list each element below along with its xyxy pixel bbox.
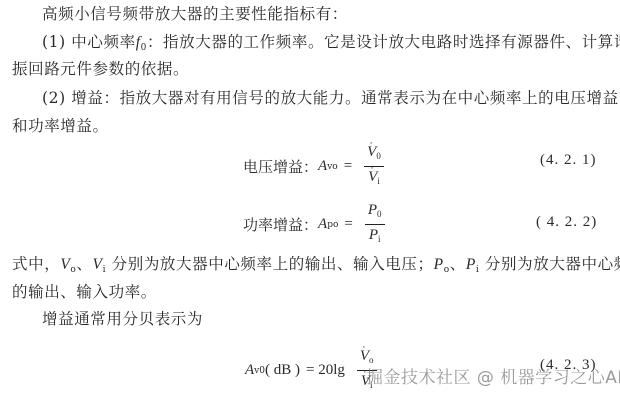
formula-lhs-sub: po (327, 220, 338, 230)
equation-number-1: (4. 2. 1) (540, 152, 597, 169)
formula-lhs-sub: vo (327, 162, 338, 172)
watermark: 掘金技术社区 @ 机器学习之心AI (366, 363, 620, 388)
formula-lhs: A (318, 158, 327, 175)
p-symbol: P (434, 256, 444, 273)
fraction: P0 Pi (365, 200, 385, 249)
item1-prefix: (1) 中心频率 (42, 33, 136, 51)
db-intro-line: 增益通常用分贝表示为 (42, 309, 203, 329)
unit: ( dB ) (265, 362, 300, 379)
numerator-sub: 0 (376, 151, 381, 161)
v-symbol: V (60, 256, 70, 273)
fraction: ˙V0 ˙Vi (364, 142, 384, 191)
denominator-sub: i (378, 234, 381, 244)
item1-continuation: 振回路元件参数的依据。 (12, 59, 189, 79)
where-line: 式中，Vo、Vi 分别为放大器中心频率上的输出、输入电压；Po、Pi 分别为放大… (12, 254, 620, 280)
dot-accent: ˙ (369, 136, 373, 156)
formula-db-gain: Av0 ( dB ) = 20lg ˙Vo ˙Vi (245, 346, 377, 395)
item2-line: (2) 增益：指放大器对有用信号的放大能力。通常表示为在中心频率上的电压增益 (42, 88, 619, 108)
item1-line: (1) 中心频率f0：指放大器的工作频率。它是设计放大电路时选择有源器件、计算谐 (42, 32, 620, 58)
where-continuation: 的输出、输入功率。 (12, 282, 157, 302)
denominator: P (369, 227, 378, 243)
equation-number-2: ( 4. 2. 2) (536, 214, 597, 231)
intro-line: 高频小信号频带放大器的主要性能指标有： (42, 4, 348, 24)
v-symbol: V (93, 256, 103, 273)
formula-lhs-sub: v0 (254, 366, 265, 376)
where-text: 分别为放大器中心频率上的输出、输入电压； (106, 255, 434, 273)
numerator-sub: 0 (377, 209, 382, 219)
formula-lhs: A (245, 362, 254, 379)
item1-rest: ：指放大器的工作频率。它是设计放大电路时选择有源器件、计算谐 (147, 33, 620, 51)
where-text: 式中， (12, 255, 60, 273)
equals-sign: = (344, 216, 352, 233)
formula-label: 功率增益： (243, 214, 318, 235)
denominator-sub: i (377, 176, 380, 186)
formula-power-gain: 功率增益： Apo = P0 Pi (243, 200, 385, 249)
dot-accent: ˙ (370, 161, 374, 181)
formula-voltage-gain: 电压增益： Avo = ˙V0 ˙Vi (243, 142, 384, 191)
dot-accent: ˙ (362, 340, 366, 360)
p-symbol: P (466, 256, 476, 273)
equals-sign: = (344, 158, 352, 175)
item2-continuation: 和功率增益。 (12, 116, 109, 136)
where-text: 分别为放大器中心频率上 (479, 255, 620, 273)
formula-label: 电压增益： (243, 156, 318, 177)
equals-20lg: = 20lg (306, 362, 345, 379)
sep: 、 (450, 255, 466, 273)
formula-lhs: A (318, 216, 327, 233)
numerator: P (368, 202, 377, 218)
sep: 、 (76, 255, 92, 273)
